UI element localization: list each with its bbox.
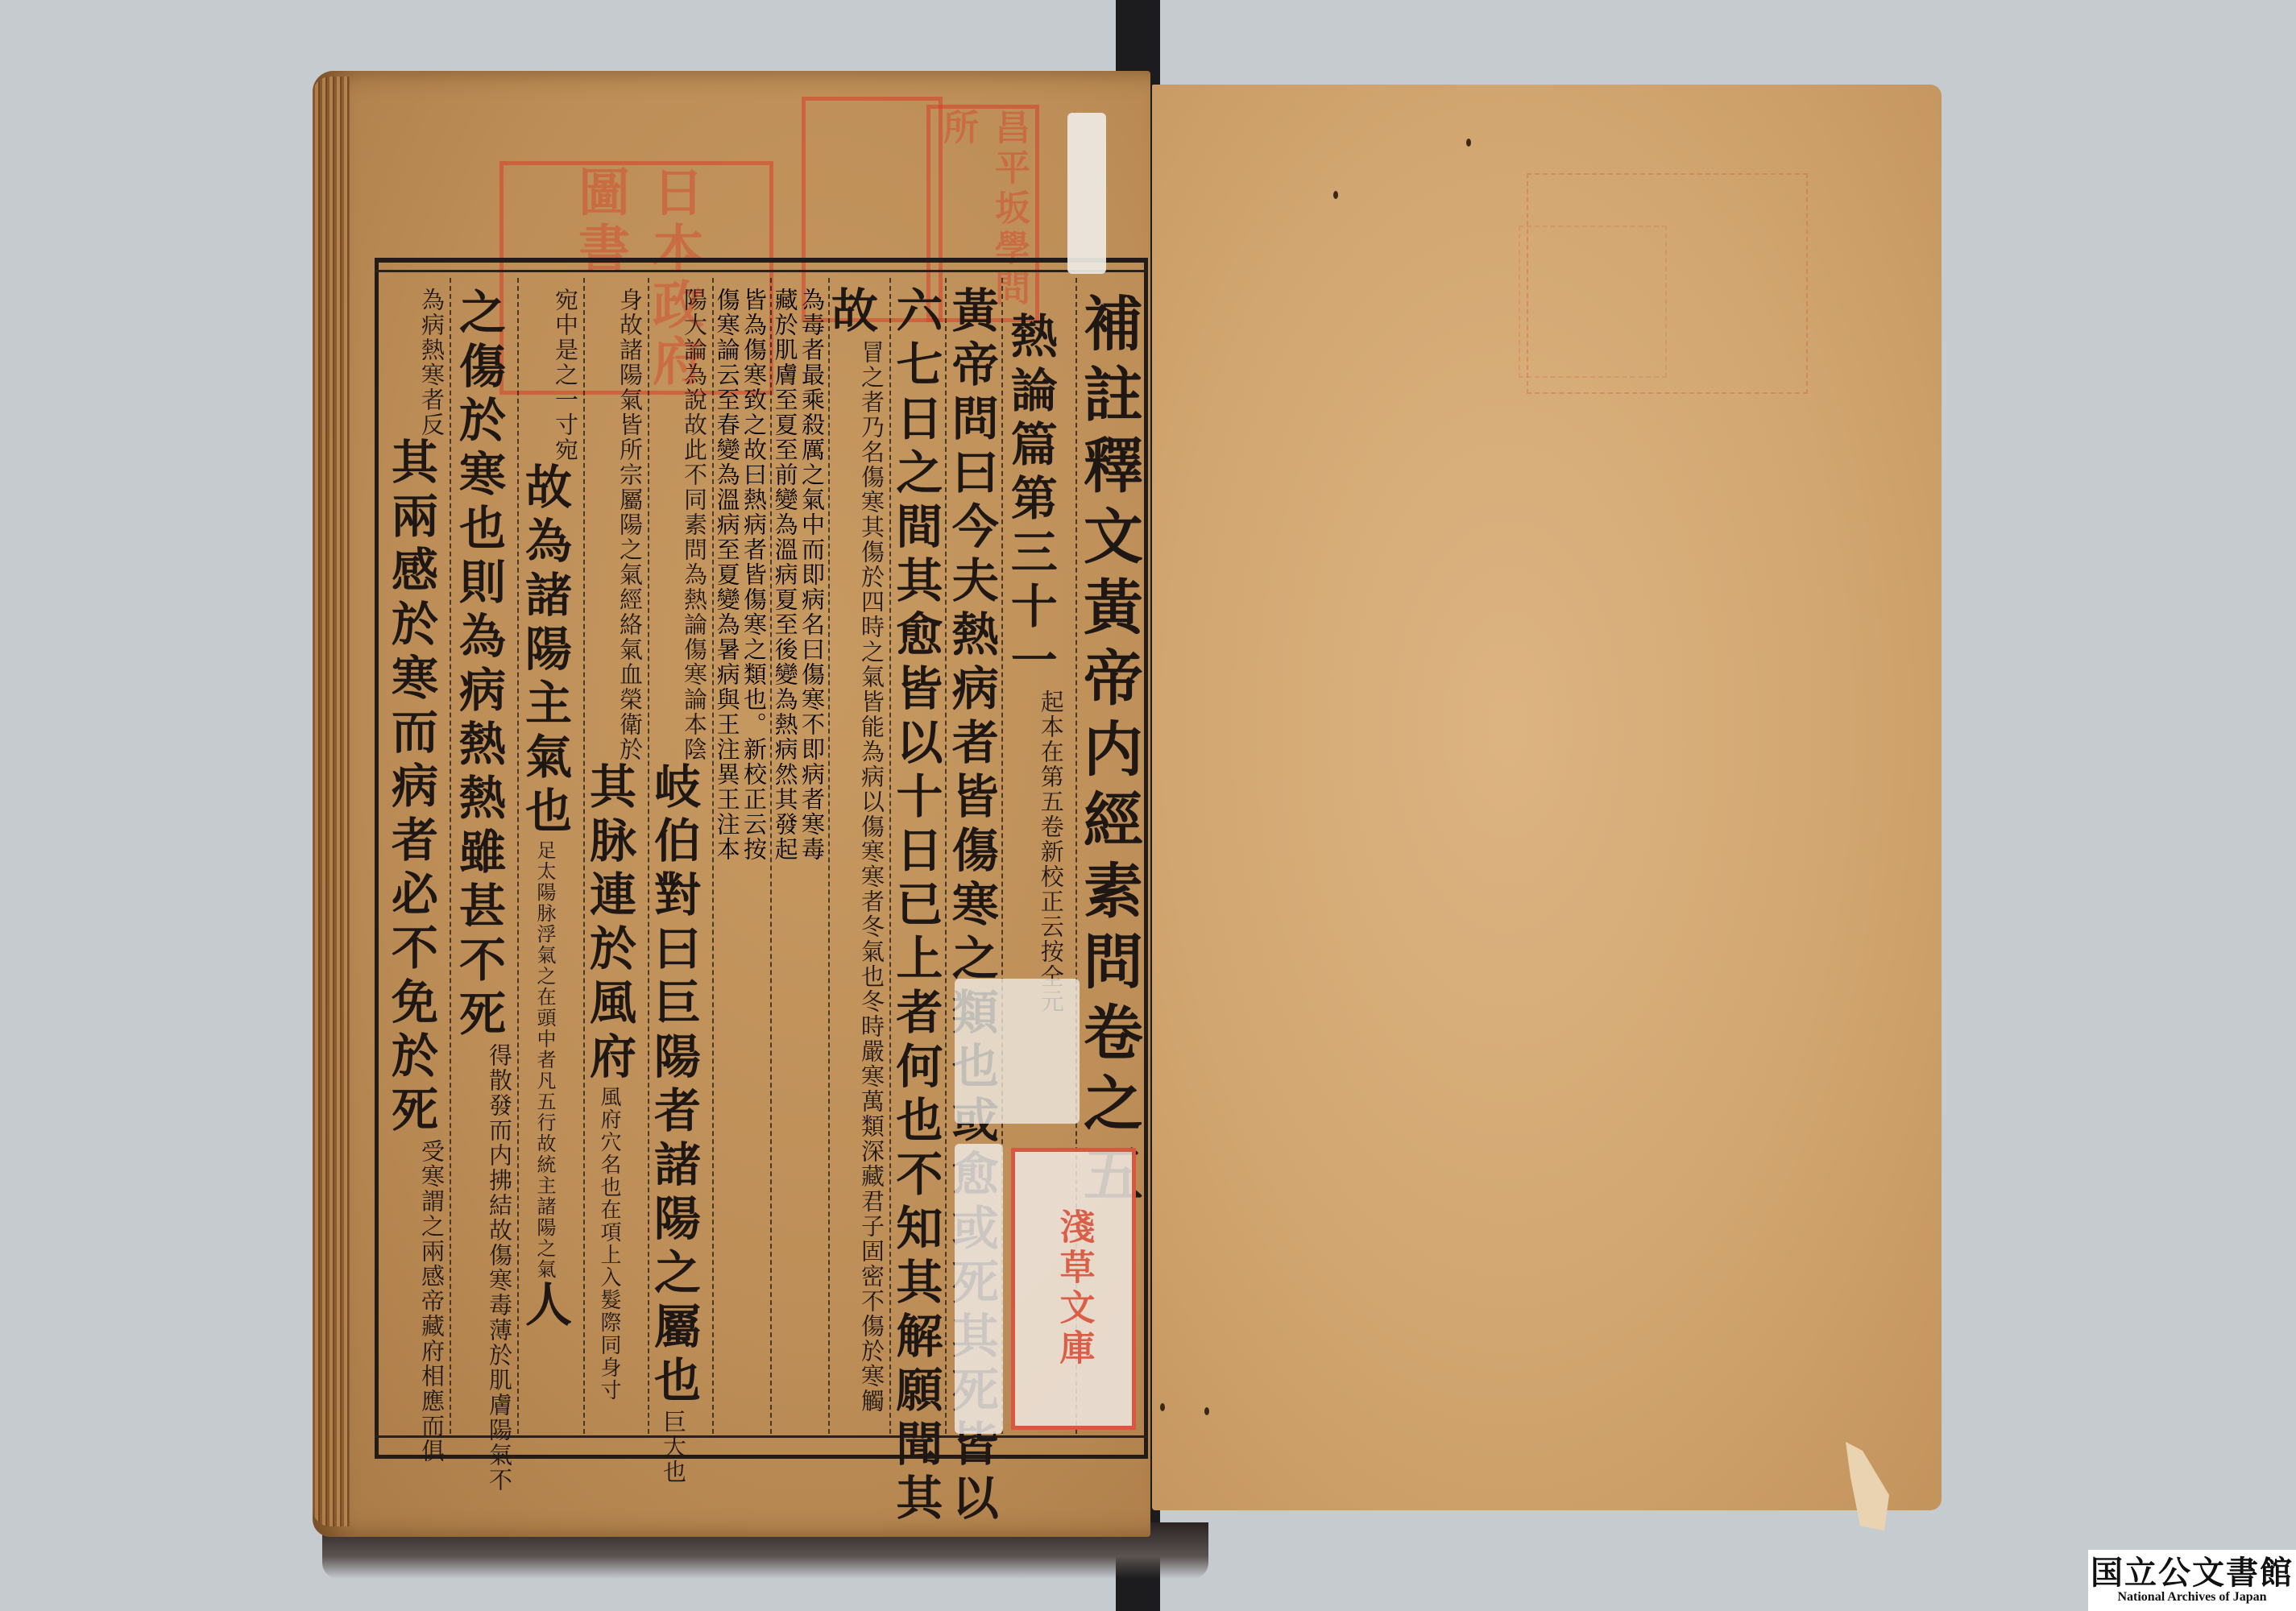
- watermark-japanese: 国立公文書館: [2091, 1556, 2294, 1590]
- archive-watermark: 国立公文書館 National Archives of Japan: [2088, 1550, 2296, 1611]
- ghost-seal-outline-inner: [1519, 226, 1667, 378]
- column-commentary: 皆為傷寒致之故曰熱病者皆傷寒之類也。新校正云按傷寒論云至春變為溫病至夏變為暑病與…: [712, 278, 770, 1434]
- frame-rule-top: [375, 270, 1148, 272]
- paper-repair-patch: [955, 1144, 1003, 1434]
- chapter-note: 新校正云按全元起本在第五卷: [1037, 690, 1063, 1014]
- chapter-heading: 熱論篇第三十一: [1003, 312, 1058, 690]
- paper-repair-patch: [955, 979, 1080, 1124]
- worm-hole: [1333, 191, 1338, 199]
- watermark-english: National Archives of Japan: [2117, 1590, 2266, 1605]
- column-main-text: 六七日之間其愈皆以十日已上者何也不知其解願聞其: [889, 278, 945, 1434]
- paper-repair-patch: [1067, 113, 1106, 274]
- column-main-with-commentary: 之一寸宛宛中是故為諸陽主氣也足太陽脉浮氣之在頭中者凡五行故統主諸陽之氣人: [517, 278, 583, 1434]
- worm-hole: [1160, 1403, 1165, 1411]
- column-main-with-commentary: 之傷於寒也則為病熱熱雖甚不死寒毒薄於肌膚陽氣不得散發而内拂結故傷: [450, 278, 517, 1434]
- column-main-with-commentary: 故寒者冬氣也冬時嚴寒萬類深藏君子固密不傷於寒觸冒之者乃名傷寒其傷於四時之氣皆能為…: [828, 278, 889, 1434]
- worm-hole: [1466, 139, 1471, 147]
- column-commentary: 為毒者最乘殺厲之氣中而即病名曰傷寒不即病者寒毒藏於肌膚至夏至前變為溫病夏至後變為…: [770, 278, 828, 1434]
- column-main-with-commentary: 寒者反為病熱其兩感於寒而病者必不免於死藏府相應而俱受寒謂之兩感帝: [379, 278, 450, 1434]
- worm-hole: [1204, 1407, 1209, 1415]
- column-main-with-commentary: 素問為熱論傷寒論本陰陽大論為說故此不同岐伯對曰巨陽者諸陽之屬也巨大也: [648, 278, 712, 1434]
- column-main-with-commentary: 陽之氣經絡氣血榮衛於身故諸陽氣皆所宗屬其脉連於風府風府穴名也在項上入髮際同身寸: [583, 278, 648, 1434]
- seal-stamp-bottom-right: 淺草文庫: [1011, 1148, 1136, 1430]
- book-spine-edge: [313, 77, 350, 1526]
